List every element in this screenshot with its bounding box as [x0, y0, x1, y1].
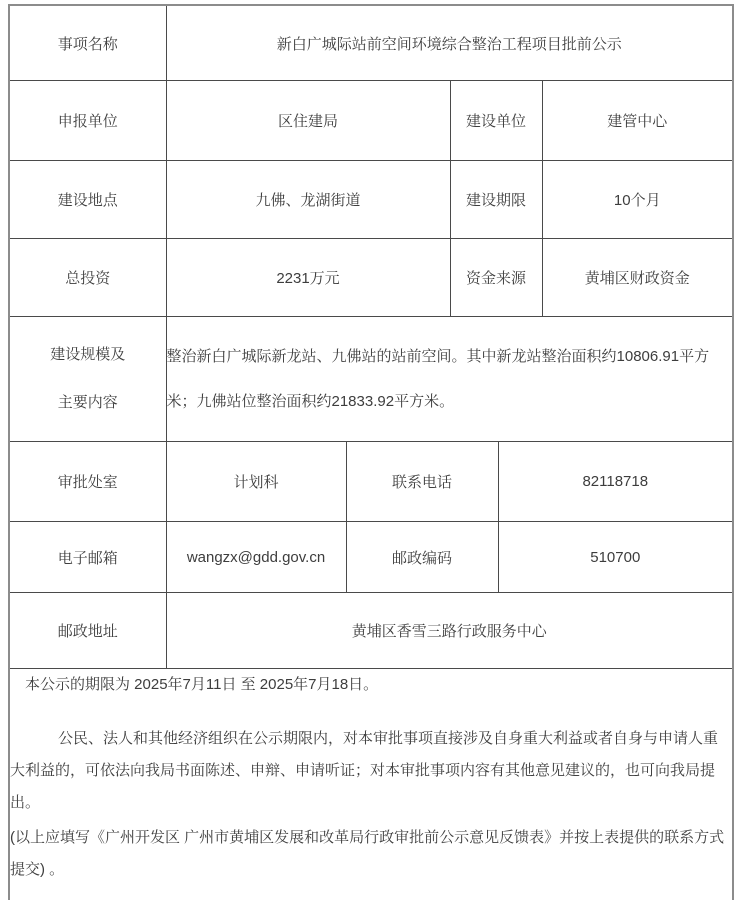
declaring-unit-value: 区住建局	[166, 81, 450, 161]
postal-code-label: 邮政编码	[346, 522, 498, 593]
item-name-value: 新白广城际站前空间环境综合整治工程项目批前公示	[166, 5, 733, 81]
notice-period-paragraph: 本公示的期限为 2025年7月11日 至 2025年7月18日。	[10, 669, 732, 701]
contact-phone-label: 联系电话	[346, 442, 498, 522]
total-investment-value: 2231万元	[166, 239, 450, 317]
row-postal-address: 邮政地址 黄埔区香雪三路行政服务中心	[9, 593, 733, 669]
email-value: wangzx@gdd.gov.cn	[166, 522, 346, 593]
row-item-name: 事项名称 新白广城际站前空间环境综合整治工程项目批前公示	[9, 5, 733, 81]
approval-office-value: 计划科	[166, 442, 346, 522]
row-approval-office: 审批处室 计划科 联系电话 82118718	[9, 442, 733, 522]
row-email: 电子邮箱 wangzx@gdd.gov.cn 邮政编码 510700	[9, 522, 733, 593]
construction-scale-label-line2: 主要内容	[10, 379, 166, 427]
construction-unit-value: 建管中心	[542, 81, 733, 161]
total-investment-label: 总投资	[9, 239, 166, 317]
item-name-label: 事项名称	[9, 5, 166, 81]
postal-address-label: 邮政地址	[9, 593, 166, 669]
notice-text-cell: 本公示的期限为 2025年7月11日 至 2025年7月18日。 公民、法人和其…	[9, 669, 733, 900]
row-total-investment: 总投资 2231万元 资金来源 黄埔区财政资金	[9, 239, 733, 317]
row-construction-site: 建设地点 九佛、龙湖街道 建设期限 10个月	[9, 161, 733, 239]
declaring-unit-label: 申报单位	[9, 81, 166, 161]
construction-site-value: 九佛、龙湖街道	[166, 161, 450, 239]
project-notice-table: 事项名称 新白广城际站前空间环境综合整治工程项目批前公示 申报单位 区住建局 建…	[8, 4, 734, 900]
row-construction-scale: 建设规模及 主要内容 整治新白广城际新龙站、九佛站的站前空间。其中新龙站整治面积…	[9, 317, 733, 442]
construction-period-value: 10个月	[542, 161, 733, 239]
construction-scale-label: 建设规模及 主要内容	[9, 317, 166, 442]
funding-source-value: 黄埔区财政资金	[542, 239, 733, 317]
construction-unit-label: 建设单位	[450, 81, 542, 161]
construction-scale-value: 整治新白广城际新龙站、九佛站的站前空间。其中新龙站整治面积约10806.91平方…	[166, 317, 733, 442]
notice-rights-paragraph: 公民、法人和其他经济组织在公示期限内，对本审批事项直接涉及自身重大利益或者自身与…	[10, 723, 732, 819]
postal-code-value: 510700	[498, 522, 733, 593]
approval-office-label: 审批处室	[9, 442, 166, 522]
row-notice-text: 本公示的期限为 2025年7月11日 至 2025年7月18日。 公民、法人和其…	[9, 669, 733, 900]
email-label: 电子邮箱	[9, 522, 166, 593]
notice-page: 事项名称 新白广城际站前空间环境综合整治工程项目批前公示 申报单位 区住建局 建…	[0, 0, 740, 900]
funding-source-label: 资金来源	[450, 239, 542, 317]
postal-address-value: 黄埔区香雪三路行政服务中心	[166, 593, 733, 669]
construction-site-label: 建设地点	[9, 161, 166, 239]
row-declaring-unit: 申报单位 区住建局 建设单位 建管中心	[9, 81, 733, 161]
contact-phone-value: 82118718	[498, 442, 733, 522]
construction-period-label: 建设期限	[450, 161, 542, 239]
construction-scale-label-line1: 建设规模及	[10, 331, 166, 379]
notice-feedback-form-paragraph: (以上应填写《广州开发区 广州市黄埔区发展和改革局行政审批前公示意见反馈表》并按…	[10, 822, 732, 886]
